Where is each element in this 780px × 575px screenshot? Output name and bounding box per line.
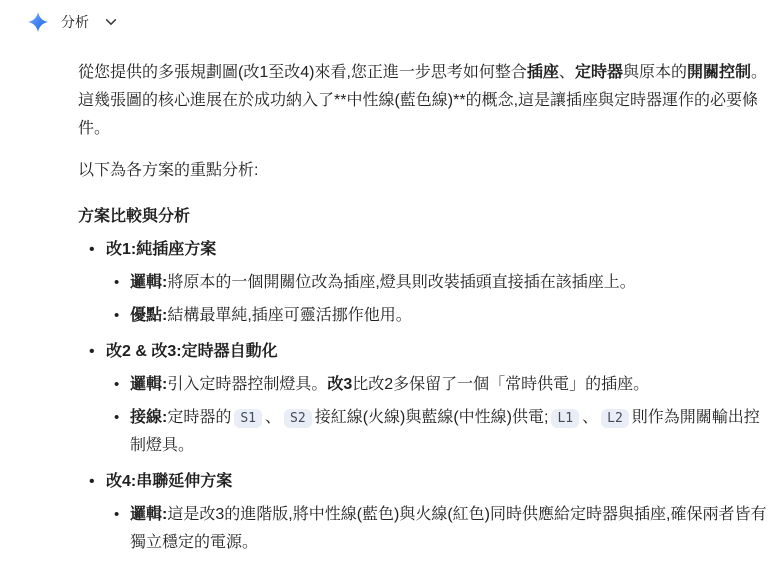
text-segment: 引入定時器控制燈具。 bbox=[167, 376, 327, 393]
text-segment: 將原本的一個開關位改為插座,燈具則改裝插頭直接插在該插座上。 bbox=[167, 274, 635, 291]
list-item-title: 改2 & 改3:定時器自動化 bbox=[106, 343, 278, 360]
paragraph-intro: 從您提供的多張規劃圖(改1至改4)來看,您正進一步思考如何整合插座、定時器與原本… bbox=[78, 59, 768, 143]
gemini-sparkle-icon bbox=[28, 12, 48, 32]
text-segment: 邏輯: bbox=[130, 506, 167, 523]
text-segment: 改1:純插座方案 bbox=[106, 241, 216, 258]
sub-list-item: 優點:結構最單純,插座可靈活挪作他用。 bbox=[130, 302, 768, 330]
text-segment: 結構最單純,插座可靈活挪作他用。 bbox=[167, 307, 411, 324]
inline-code-chip: S2 bbox=[284, 409, 312, 428]
sub-item-text: 邏輯:引入定時器控制燈具。改3比改2多保留了一個「常時供電」的插座。 bbox=[130, 376, 649, 393]
section-heading: 方案比較與分析 bbox=[78, 203, 768, 231]
chevron-down-icon[interactable] bbox=[104, 15, 118, 29]
text-segment: 改3 bbox=[327, 376, 352, 393]
text-segment: 定時器 bbox=[575, 64, 623, 81]
sub-list-item: 邏輯:將原本的一個開關位改為插座,燈具則改裝插頭直接插在該插座上。 bbox=[130, 269, 768, 297]
text-segment: 、 bbox=[265, 409, 281, 426]
text-segment: 這是改3的進階版,將中性線(藍色)與火線(紅色)同時供應給定時器與插座,確保兩者… bbox=[130, 506, 766, 551]
inline-code-chip: L1 bbox=[551, 409, 579, 428]
sub-item-text: 邏輯:將原本的一個開關位改為插座,燈具則改裝插頭直接插在該插座上。 bbox=[130, 274, 636, 291]
text-segment: 、 bbox=[582, 409, 598, 426]
list-item-plan1: 改1:純插座方案 邏輯:將原本的一個開關位改為插座,燈具則改裝插頭直接插在該插座… bbox=[106, 236, 768, 330]
text-segment: 邏輯: bbox=[130, 376, 167, 393]
analysis-list: 改1:純插座方案 邏輯:將原本的一個開關位改為插座,燈具則改裝插頭直接插在該插座… bbox=[78, 236, 768, 557]
sub-item-text: 接線:定時器的S1、S2接紅線(火線)與藍線(中性線)供電;L1、L2則作為開關… bbox=[130, 409, 760, 454]
text-segment: 邏輯: bbox=[130, 274, 167, 291]
thinking-label: 分析 bbox=[61, 12, 89, 32]
list-item-plan2-3: 改2 & 改3:定時器自動化 邏輯:引入定時器控制燈具。改3比改2多保留了一個「… bbox=[106, 338, 768, 460]
plan2-3-sub-list: 邏輯:引入定時器控制燈具。改3比改2多保留了一個「常時供電」的插座。 接線:定時… bbox=[106, 371, 768, 460]
sub-list-item: 邏輯:這是改3的進階版,將中性線(藍色)與火線(紅色)同時供應給定時器與插座,確… bbox=[130, 501, 768, 557]
response-content: 從您提供的多張規劃圖(改1至改4)來看,您正進一步思考如何整合插座、定時器與原本… bbox=[78, 59, 768, 565]
text-segment: 、 bbox=[559, 64, 575, 81]
sub-list-item: 邏輯:引入定時器控制燈具。改3比改2多保留了一個「常時供電」的插座。 bbox=[130, 371, 768, 399]
text-segment: 定時器的 bbox=[167, 409, 231, 426]
sub-item-text: 優點:結構最單純,插座可靈活挪作他用。 bbox=[130, 307, 412, 324]
text-segment: 比改2多保留了一個「常時供電」的插座。 bbox=[352, 376, 649, 393]
text-segment: 接線: bbox=[130, 409, 167, 426]
text-segment: 從您提供的多張規劃圖(改1至改4)來看,您正進一步思考如何整合 bbox=[78, 64, 527, 81]
text-segment: 改2 & 改3:定時器自動化 bbox=[106, 343, 278, 360]
text-segment: 優點: bbox=[130, 307, 167, 324]
list-item-plan4: 改4:串聯延伸方案 邏輯:這是改3的進階版,將中性線(藍色)與火線(紅色)同時供… bbox=[106, 468, 768, 557]
inline-code-chip: S1 bbox=[234, 409, 262, 428]
text-segment: 接紅線(火線)與藍線(中性線)供電; bbox=[315, 409, 549, 426]
sub-item-text: 邏輯:這是改3的進階版,將中性線(藍色)與火線(紅色)同時供應給定時器與插座,確… bbox=[130, 506, 766, 551]
thinking-header[interactable]: 分析 bbox=[28, 12, 118, 32]
plan4-sub-list: 邏輯:這是改3的進階版,將中性線(藍色)與火線(紅色)同時供應給定時器與插座,確… bbox=[106, 501, 768, 557]
text-segment: 改4:串聯延伸方案 bbox=[106, 473, 232, 490]
sub-list-item: 接線:定時器的S1、S2接紅線(火線)與藍線(中性線)供電;L1、L2則作為開關… bbox=[130, 404, 768, 460]
paragraph-lead: 以下為各方案的重點分析: bbox=[78, 157, 768, 185]
text-segment: 與原本的 bbox=[623, 64, 687, 81]
inline-code-chip: L2 bbox=[601, 409, 629, 428]
text-segment: 插座 bbox=[527, 64, 559, 81]
list-item-title: 改4:串聯延伸方案 bbox=[106, 473, 232, 490]
text-segment: 開關控制 bbox=[687, 64, 751, 81]
text-segment: 以下為各方案的重點分析: bbox=[78, 162, 258, 179]
plan1-sub-list: 邏輯:將原本的一個開關位改為插座,燈具則改裝插頭直接插在該插座上。 優點:結構最… bbox=[106, 269, 768, 330]
list-item-title: 改1:純插座方案 bbox=[106, 241, 216, 258]
